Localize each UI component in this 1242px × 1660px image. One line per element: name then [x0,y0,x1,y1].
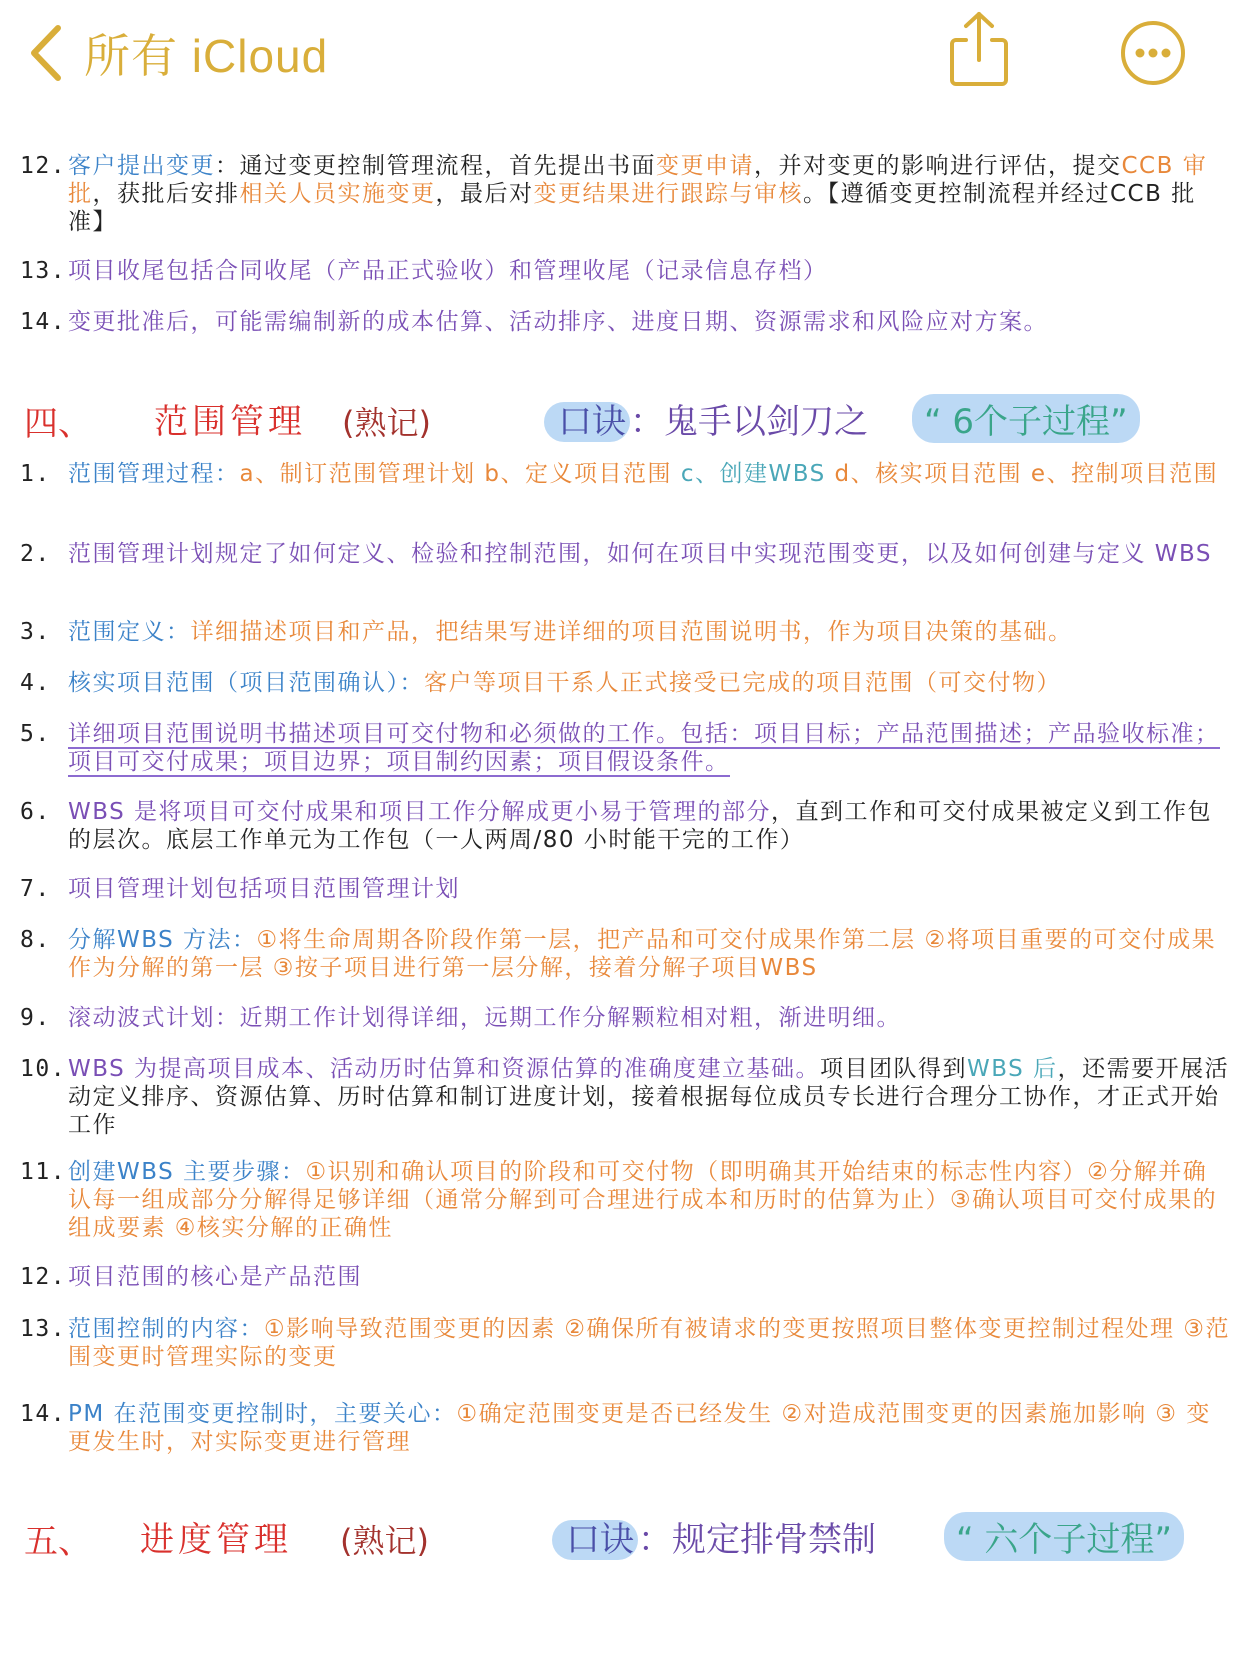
text-segment: WBS 后 [967,1056,1058,1082]
item-number: 14. [20,1400,68,1428]
item-number: 9. [20,1004,68,1032]
item-text: 核实项目范围（项目范围确认）：客户等项目干系人正式接受已完成的项目范围（可交付物… [68,669,1230,697]
text-segment: 相关人员实施变更 [240,181,436,207]
item-number: 2. [20,540,68,568]
text-segment: 变更结果进行跟踪与审核 [534,181,804,207]
text-segment: ：通过变更控制管理流程，首先提出书面 [215,153,656,179]
text-segment: c、创建WBS [681,461,835,487]
item-text: 详细项目范围说明书描述项目可交付物和必须做的工作。包括：项目目标；产品范围描述；… [68,720,1230,776]
list-item: 1. 范围管理过程：a、制订范围管理计划 b、定义项目范围 c、创建WBS d、… [20,460,1230,488]
section-number: 四、 [24,396,92,445]
subprocess-count: “ 6个子过程” [912,394,1140,443]
text-segment: 创建WBS 主要步骤： [68,1159,306,1185]
list-item: 7. 项目管理计划包括项目范围管理计划 [20,875,1230,903]
text-segment: 详细项目范围说明书描述项目可交付物和必须做的工作。包括：项目目标；产品范围描述；… [68,721,1220,777]
list-item: 12. 客户提出变更：通过变更控制管理流程，首先提出书面变更申请，并对变更的影响… [20,152,1230,236]
list-item: 6. WBS 是将项目可交付成果和项目工作分解成更小易于管理的部分，直到工作和可… [20,798,1230,854]
list-item: 13. 范围控制的内容：①影响导致范围变更的因素 ②确保所有被请求的变更按照项目… [20,1315,1230,1371]
back-label: 所有 iCloud [84,20,328,86]
text-segment: ，最后对 [436,181,534,207]
text-segment: 项目管理计划包括项目范围管理计划 [68,876,460,902]
item-text: WBS 是将项目可交付成果和项目工作分解成更小易于管理的部分，直到工作和可交付成… [68,798,1230,854]
text-segment: 核实项目范围（项目范围确认）： [68,670,424,696]
section-note: (熟记) [342,398,431,444]
text-segment: 详细描述项目和产品，把结果写进详细的项目范围说明书，作为项目决策的基础。 [191,619,1073,645]
list-item: 12. 项目范围的核心是产品范围 [20,1263,1230,1291]
navigation-bar: 所有 iCloud [0,0,1242,110]
share-button[interactable] [944,10,1014,90]
mnemonic-label: 口诀 [552,1520,638,1560]
text-segment: 范围管理过程： [68,461,240,487]
item-text: 范围管理过程：a、制订范围管理计划 b、定义项目范围 c、创建WBS d、核实项… [68,460,1230,488]
section-title: 范围管理 [154,394,306,443]
item-number: 12. [20,1263,68,1291]
text-segment: WBS 为提高项目成本、活动历时估算和资源估算的准确度建立基础。 [68,1056,820,1082]
text-segment: 范围管理计划规定了如何定义、检验和控制范围，如何在项目中实现范围变更，以及如何创… [68,541,1212,567]
item-number: 13. [20,257,68,285]
text-segment: 项目收尾包括合同收尾（产品正式验收）和管理收尾（记录信息存档） [68,258,828,284]
item-text: 范围管理计划规定了如何定义、检验和控制范围，如何在项目中实现范围变更，以及如何创… [68,540,1230,568]
list-item: 14. 变更批准后，可能需编制新的成本估算、活动排序、进度日期、资源需求和风险应… [20,308,1230,336]
text-segment: 项目范围的核心是产品范围 [68,1264,362,1290]
text-segment: 项目团队得到 [820,1056,967,1082]
item-number: 6. [20,798,68,826]
text-segment: ，获批后安排 [93,181,240,207]
item-text: 变更批准后，可能需编制新的成本估算、活动排序、进度日期、资源需求和风险应对方案。 [68,308,1230,336]
item-text: 滚动波式计划：近期工作计划得详细，远期工作分解颗粒相对粗，渐进明细。 [68,1004,1230,1032]
section-heading-schedule: 五、 进度管理 (熟记) 口诀：规定排骨禁制 “ 六个子过程” [24,1506,1224,1562]
mnemonic: 口诀：规定排骨禁制 [552,1512,876,1561]
item-number: 11. [20,1158,68,1186]
share-icon [944,10,1014,90]
item-number: 14. [20,308,68,336]
item-text: 项目范围的核心是产品范围 [68,1263,1230,1291]
item-number: 5. [20,720,68,748]
text-segment: 范围控制的内容： [68,1316,264,1342]
text-segment: d、核实项目范围 e、控制项目范围 [835,461,1219,487]
text-segment: 客户等项目干系人正式接受已完成的项目范围（可交付物） [424,670,1061,696]
list-item: 5. 详细项目范围说明书描述项目可交付物和必须做的工作。包括：项目目标；产品范围… [20,720,1230,776]
section-note: (熟记) [340,1516,429,1562]
text-segment: 变更申请 [656,153,754,179]
item-number: 12. [20,152,68,180]
item-text: 范围定义：详细描述项目和产品，把结果写进详细的项目范围说明书，作为项目决策的基础… [68,618,1230,646]
text-segment: WBS 是将项目可交付成果和项目工作分解成更小易于管理的部分 [68,799,771,825]
item-text: WBS 为提高项目成本、活动历时估算和资源估算的准确度建立基础。项目团队得到WB… [68,1055,1230,1139]
item-number: 1. [20,460,68,488]
item-number: 3. [20,618,68,646]
list-item: 8. 分解WBS 方法：①将生命周期各阶段作第一层，把产品和可交付成果作第二层 … [20,926,1230,982]
list-item: 9. 滚动波式计划：近期工作计划得详细，远期工作分解颗粒相对粗，渐进明细。 [20,1004,1230,1032]
more-button[interactable] [1118,18,1188,88]
item-text: PM 在范围变更控制时，主要关心：①确定范围变更是否已经发生 ②对造成范围变更的… [68,1400,1230,1456]
item-number: 10. [20,1055,68,1083]
section-heading-scope: 四、 范围管理 (熟记) 口诀：鬼手以剑刀之 “ 6个子过程” [24,388,1224,444]
item-text: 项目管理计划包括项目范围管理计划 [68,875,1230,903]
text-segment: a、制订范围管理计划 b、定义项目范围 [240,461,681,487]
item-number: 4. [20,669,68,697]
list-item: 13. 项目收尾包括合同收尾（产品正式验收）和管理收尾（记录信息存档） [20,257,1230,285]
more-ellipsis-icon [1118,18,1188,88]
list-item: 14. PM 在范围变更控制时，主要关心：①确定范围变更是否已经发生 ②对造成范… [20,1400,1230,1456]
item-text: 范围控制的内容：①影响导致范围变更的因素 ②确保所有被请求的变更按照项目整体变更… [68,1315,1230,1371]
mnemonic-text: ：规定排骨禁制 [638,1520,876,1560]
text-segment: 变更批准后，可能需编制新的成本估算、活动排序、进度日期、资源需求和风险应对方案。 [68,309,1048,335]
list-item: 11. 创建WBS 主要步骤：①识别和确认项目的阶段和可交付物（即明确其开始结束… [20,1158,1230,1242]
item-text: 创建WBS 主要步骤：①识别和确认项目的阶段和可交付物（即明确其开始结束的标志性… [68,1158,1230,1242]
section-title: 进度管理 [140,1512,292,1561]
text-segment: 滚动波式计划：近期工作计划得详细，远期工作分解颗粒相对粗，渐进明细。 [68,1005,901,1031]
mnemonic-label: 口诀 [544,402,630,442]
text-segment: 客户提出变更 [68,153,215,179]
text-segment: ，并对变更的影响进行评估，提交 [754,153,1122,179]
list-item: 4. 核实项目范围（项目范围确认）：客户等项目干系人正式接受已完成的项目范围（可… [20,669,1230,697]
chevron-left-icon [26,22,66,84]
text-segment: 范围定义： [68,619,191,645]
item-text: 分解WBS 方法：①将生命周期各阶段作第一层，把产品和可交付成果作第二层 ②将项… [68,926,1230,982]
item-text: 客户提出变更：通过变更控制管理流程，首先提出书面变更申请，并对变更的影响进行评估… [68,152,1230,236]
back-button[interactable]: 所有 iCloud [26,18,328,88]
item-number: 13. [20,1315,68,1343]
item-number: 8. [20,926,68,954]
mnemonic: 口诀：鬼手以剑刀之 [544,394,868,443]
item-number: 7. [20,875,68,903]
item-text: 项目收尾包括合同收尾（产品正式验收）和管理收尾（记录信息存档） [68,257,1230,285]
list-item: 10. WBS 为提高项目成本、活动历时估算和资源估算的准确度建立基础。项目团队… [20,1055,1230,1139]
mnemonic-text: ：鬼手以剑刀之 [630,402,868,442]
subprocess-count: “ 六个子过程” [944,1512,1184,1561]
text-segment: 分解WBS 方法： [68,927,257,953]
list-item: 3. 范围定义：详细描述项目和产品，把结果写进详细的项目范围说明书，作为项目决策… [20,618,1230,646]
text-segment: PM 在范围变更控制时，主要关心： [68,1401,457,1427]
list-item: 2. 范围管理计划规定了如何定义、检验和控制范围，如何在项目中实现范围变更，以及… [20,540,1230,568]
section-number: 五、 [24,1514,92,1563]
